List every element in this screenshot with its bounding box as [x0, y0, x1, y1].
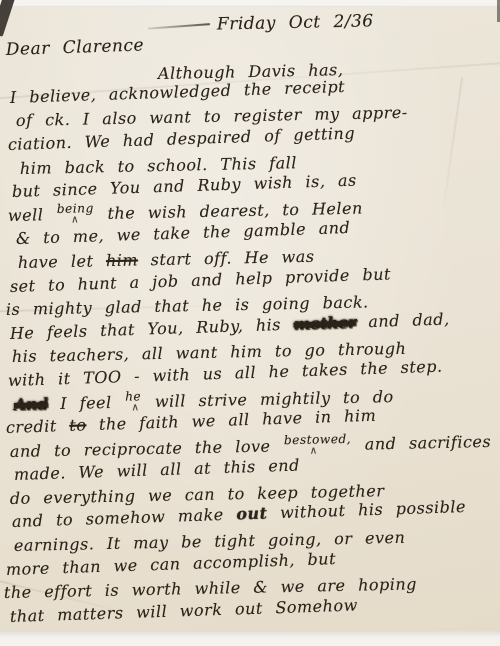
handwritten-text: him [106, 250, 138, 270]
handwritten-text: and dad, [368, 309, 450, 331]
handwritten-text: credit [6, 416, 57, 437]
paper-bottom-edge [0, 631, 500, 646]
handwritten-text: mother [293, 312, 356, 333]
handwritten-text: and to somehow make [12, 505, 224, 531]
handwritten-text: Dear Clarence [6, 35, 145, 60]
handwritten-text: well [8, 205, 44, 225]
handwritten-text: to [69, 415, 87, 435]
handwritten-text: I feel [60, 392, 112, 412]
inserted-word: he [125, 385, 142, 409]
handwritten-text: have let [18, 251, 94, 272]
inserted-word: being [57, 197, 94, 221]
inserted-word: bestowed, [284, 427, 352, 452]
handwritten-text: And [14, 394, 48, 414]
letter-paper: Friday Oct 2/36 Dear Clarence Although D… [0, 7, 500, 631]
handwritten-text: without his possible [280, 497, 466, 522]
letter-photo: Friday Oct 2/36 Dear Clarence Although D… [0, 0, 500, 646]
letter-lines: Friday Oct 2/36 Dear Clarence Although D… [0, 15, 492, 628]
handwritten-text: out [236, 504, 268, 524]
